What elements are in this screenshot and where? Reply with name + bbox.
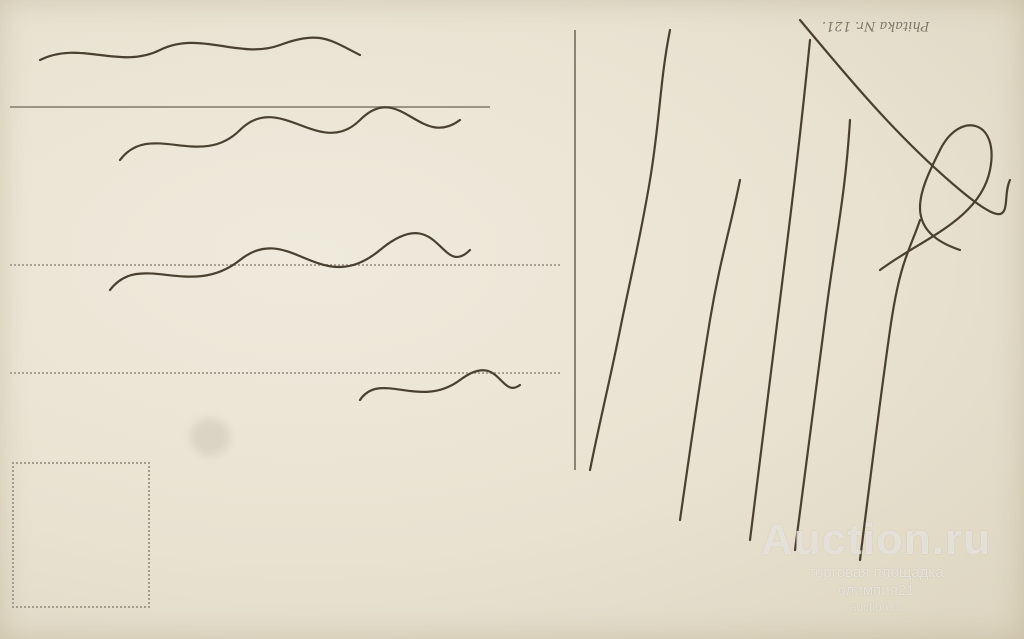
postcard-back: Phitaka Nr. 121. Auction.ru торговая пло…: [0, 0, 1024, 639]
auction-watermark: Auction.ru торговая площадка олимпия21 a…: [736, 516, 1016, 614]
watermark-line1: торговая площадка: [736, 564, 1016, 582]
watermark-brand: Auction.ru: [736, 516, 1016, 564]
watermark-line3: auction.ru: [736, 600, 1016, 614]
watermark-line2: олимпия21: [736, 582, 1016, 600]
